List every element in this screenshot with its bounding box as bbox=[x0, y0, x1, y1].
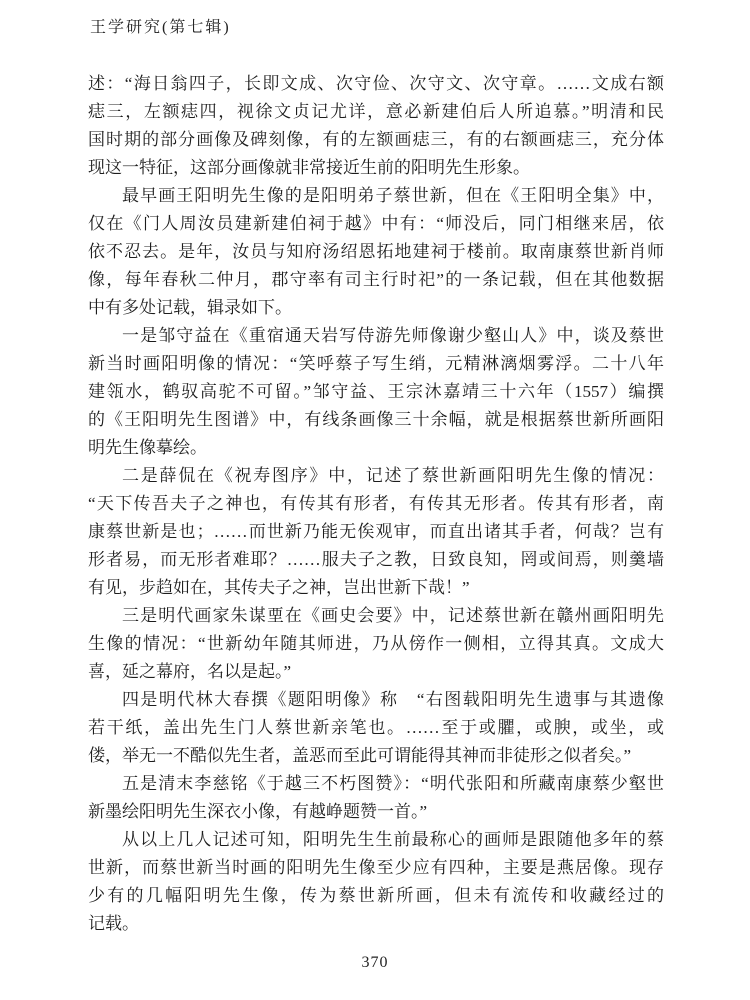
text-line: 痣三，左额痣四，视徐文贞记尤详，意必新建伯后人所追慕。”明清和民 bbox=[88, 98, 664, 126]
text-line: 像，每年春秋二仲月，郡守率有司主行时祀”的一条记载，但在其他数据 bbox=[88, 266, 664, 294]
text-line: 最早画王阳明先生像的是阳明弟子蔡世新，但在《王阳明全集》中， bbox=[88, 182, 664, 210]
text-line: 仅在《门人周汝员建新建伯祠于越》中有：“师没后，同门相继来居，依 bbox=[88, 210, 664, 238]
paragraph: 二是薛侃在《祝寿图序》中，记述了蔡世新画阳明先生像的情况：“天下传吾夫子之神也，… bbox=[88, 462, 664, 602]
text-line: 世新，而蔡世新当时画的阳明先生像至少应有四种，主要是燕居像。现存 bbox=[88, 854, 664, 882]
text-line: 三是明代画家朱谋垔在《画史会要》中，记述蔡世新在赣州画阳明先 bbox=[88, 602, 664, 630]
text-line: 依不忍去。是年，汝员与知府汤绍恩拓地建祠于楼前。取南康蔡世新肖师 bbox=[88, 238, 664, 266]
text-line: 康蔡世新是也；……而世新乃能无俟观审，而直出诸其手者，何哉？岂有 bbox=[88, 518, 664, 546]
text-line: 喜，延之幕府，名以是起。” bbox=[88, 658, 664, 686]
text-line: 少有的几幅阳明先生像，传为蔡世新所画，但未有流传和收藏经过的 bbox=[88, 882, 664, 910]
text-line: 偻，举无一不酷似先生者，盖恶而至此可谓能得其神而非徒形之似者矣。” bbox=[88, 742, 664, 770]
body-text: 述：“海日翁四子，长即文成、次守俭、次守文、次守章。……文成右额痣三，左额痣四，… bbox=[88, 70, 664, 938]
text-line: 从以上几人记述可知，阳明先生生前最称心的画师是跟随他多年的蔡 bbox=[88, 826, 664, 854]
text-line: 四是明代林大春撰《题阳明像》称 “右图载阳明先生遗事与其遗像 bbox=[88, 686, 664, 714]
paragraph: 最早画王阳明先生像的是阳明弟子蔡世新，但在《王阳明全集》中，仅在《门人周汝员建新… bbox=[88, 182, 664, 322]
text-line: 的《王阳明先生图谱》中，有线条画像三十余幅，就是根据蔡世新所画阳 bbox=[88, 406, 664, 434]
text-line: 新当时画阳明像的情况：“笑呼蔡子写生绡，元精淋漓烟雾浮。二十八年 bbox=[88, 350, 664, 378]
paragraph: 四是明代林大春撰《题阳明像》称 “右图载阳明先生遗事与其遗像若干纸，盖出先生门人… bbox=[88, 686, 664, 770]
paragraph: 从以上几人记述可知，阳明先生生前最称心的画师是跟随他多年的蔡世新，而蔡世新当时画… bbox=[88, 826, 664, 938]
text-line: 有见，步趋如在，其传夫子之神，岂出世新下哉！” bbox=[88, 574, 664, 602]
paragraph: 述：“海日翁四子，长即文成、次守俭、次守文、次守章。……文成右额痣三，左额痣四，… bbox=[88, 70, 664, 182]
paragraph: 三是明代画家朱谋垔在《画史会要》中，记述蔡世新在赣州画阳明先生像的情况：“世新幼… bbox=[88, 602, 664, 686]
running-header: 王学研究(第七辑) bbox=[90, 14, 231, 37]
text-line: 记载。 bbox=[88, 910, 664, 938]
text-line: 述：“海日翁四子，长即文成、次守俭、次守文、次守章。……文成右额 bbox=[88, 70, 664, 98]
document-page: 王学研究(第七辑) 述：“海日翁四子，长即文成、次守俭、次守文、次守章。……文成… bbox=[0, 0, 750, 1000]
text-line: 明先生像摹绘。 bbox=[88, 434, 664, 462]
text-line: 建瓴水，鹤驭高驼不可留。”邹守益、王宗沐嘉靖三十六年（1557）编撰 bbox=[88, 378, 664, 406]
text-line: “天下传吾夫子之神也，有传其有形者，有传其无形者。传其有形者，南 bbox=[88, 490, 664, 518]
paragraph: 一是邹守益在《重宿通天岩写侍游先师像谢少壑山人》中，谈及蔡世新当时画阳明像的情况… bbox=[88, 322, 664, 462]
text-line: 形者易，而无形者难耶？……服夫子之教，日致良知，罔或间焉，则羹墙 bbox=[88, 546, 664, 574]
text-line: 五是清末李慈铭《于越三不朽图赞》：“明代张阳和所藏南康蔡少壑世 bbox=[88, 770, 664, 798]
text-line: 国时期的部分画像及碑刻像，有的左额画痣三，有的右额画痣三，充分体 bbox=[88, 126, 664, 154]
text-line: 一是邹守益在《重宿通天岩写侍游先师像谢少壑山人》中，谈及蔡世 bbox=[88, 322, 664, 350]
text-line: 新墨绘阳明先生深衣小像，有越峥题赞一首。” bbox=[88, 798, 664, 826]
text-line: 若干纸，盖出先生门人蔡世新亲笔也。……至于或臞，或腴，或坐，或 bbox=[88, 714, 664, 742]
text-line: 二是薛侃在《祝寿图序》中，记述了蔡世新画阳明先生像的情况： bbox=[88, 462, 664, 490]
text-line: 现这一特征，这部分画像就非常接近生前的阳明先生形象。 bbox=[88, 154, 664, 182]
page-number: 370 bbox=[0, 954, 750, 972]
text-line: 生像的情况：“世新幼年随其师进，乃从傍作一侧相，立得其真。文成大 bbox=[88, 630, 664, 658]
text-line: 中有多处记载，辑录如下。 bbox=[88, 294, 664, 322]
paragraph: 五是清末李慈铭《于越三不朽图赞》：“明代张阳和所藏南康蔡少壑世新墨绘阳明先生深衣… bbox=[88, 770, 664, 826]
